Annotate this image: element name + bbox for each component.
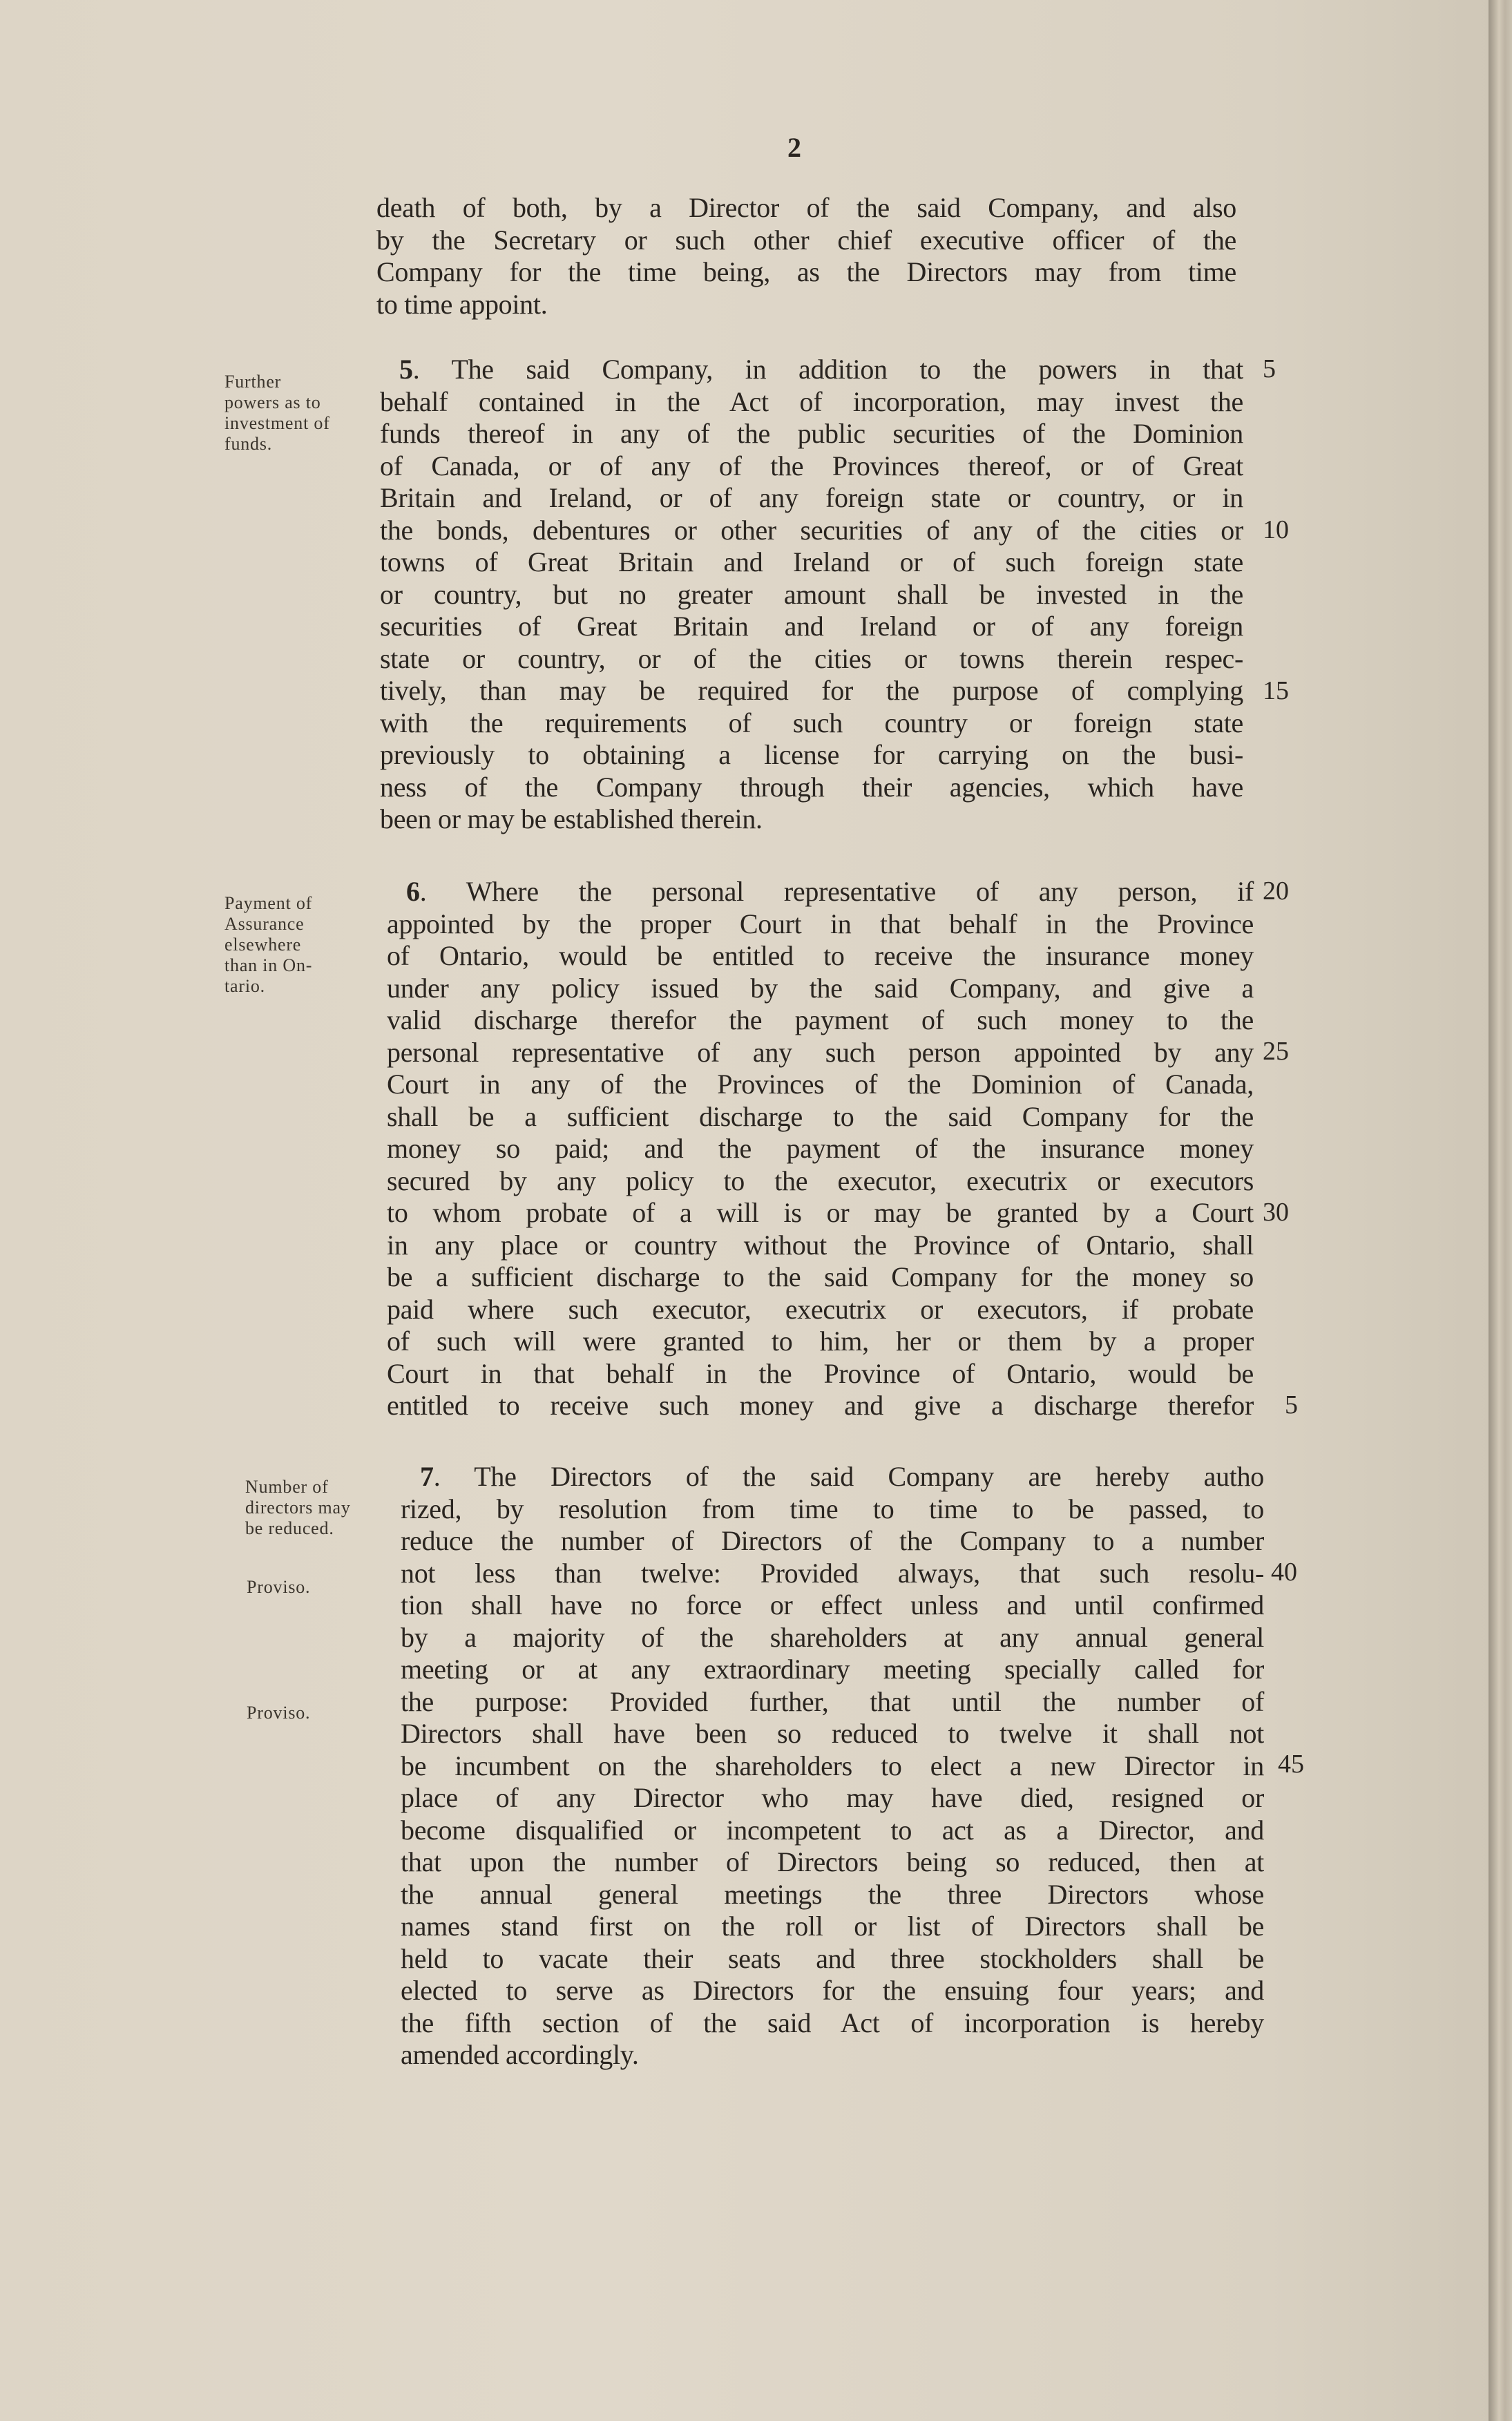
text-line: the annual general meetings the three Di… bbox=[401, 1879, 1264, 1911]
text-line: towns of Great Britain and Ireland or of… bbox=[380, 546, 1243, 579]
text-line: Court in any of the Provinces of the Dom… bbox=[387, 1069, 1254, 1101]
text-line: be incumbent on the shareholders to elec… bbox=[401, 1750, 1264, 1783]
margin-note-line: than in On- bbox=[224, 955, 363, 976]
margin-note-line: be reduced. bbox=[245, 1518, 390, 1539]
text-line: shall be a sufficient discharge to the s… bbox=[387, 1101, 1254, 1133]
margin-note-proviso: Proviso. bbox=[247, 1577, 385, 1598]
text-line: names stand first on the roll or list of… bbox=[401, 1911, 1264, 1943]
page-number: 2 bbox=[787, 131, 801, 164]
line-number: 45 bbox=[1278, 1749, 1304, 1779]
text-line: entitled to receive such money and give … bbox=[387, 1390, 1254, 1422]
continuation-paragraph: death of both, by a Director of the said… bbox=[376, 192, 1236, 320]
text-line: appointed by the proper Court in that be… bbox=[387, 908, 1254, 941]
line-number: 20 bbox=[1263, 876, 1289, 906]
line-number: 5 bbox=[1263, 354, 1276, 384]
text-line: rized, by resolution from time to time t… bbox=[401, 1493, 1264, 1526]
text-line: Directors shall have been so reduced to … bbox=[401, 1718, 1264, 1750]
text-line: place of any Director who may have died,… bbox=[401, 1782, 1264, 1815]
section-number: 6 bbox=[406, 876, 420, 907]
margin-note-line: tario. bbox=[224, 976, 363, 997]
text-line: securities of Great Britain and Ireland … bbox=[380, 611, 1243, 643]
text-line: been or may be established therein. bbox=[380, 803, 1243, 836]
text-line: become disqualified or incompetent to ac… bbox=[401, 1815, 1264, 1847]
margin-note-line: Number of bbox=[245, 1477, 390, 1497]
section-number: 5 bbox=[399, 354, 413, 385]
text-line: not less than twelve: Provided always, t… bbox=[401, 1558, 1264, 1590]
text-line: personal representative of any such pers… bbox=[387, 1037, 1254, 1069]
margin-note-line: directors may bbox=[245, 1497, 390, 1518]
margin-note-line: Payment of bbox=[224, 893, 363, 914]
margin-note-line: powers as to bbox=[224, 392, 363, 413]
text-line: 6. Where the personal representative of … bbox=[387, 876, 1254, 908]
margin-note-line: investment of bbox=[224, 413, 363, 434]
text-line: tively, than may be required for the pur… bbox=[380, 675, 1243, 707]
text-line: funds thereof in any of the public secur… bbox=[380, 418, 1243, 450]
section-number: 7 bbox=[420, 1461, 434, 1492]
line-number: 25 bbox=[1263, 1036, 1289, 1066]
section-5-text: 5. The said Company, in addition to the … bbox=[380, 354, 1243, 836]
page-edge-shadow bbox=[1489, 0, 1512, 2421]
text-line: elected to serve as Directors for the en… bbox=[401, 1975, 1264, 2007]
section-7-text: 7. The Directors of the said Company are… bbox=[401, 1461, 1264, 2071]
text-line: be a sufficient discharge to the said Co… bbox=[387, 1261, 1254, 1294]
margin-note-section-5: Further powers as to investment of funds… bbox=[224, 372, 363, 454]
line-number: 40 bbox=[1271, 1557, 1297, 1587]
text-line: reduce the number of Directors of the Co… bbox=[401, 1525, 1264, 1558]
text-line: with the requirements of such country or… bbox=[380, 707, 1243, 740]
text-line: state or country, or of the cities or to… bbox=[380, 643, 1243, 676]
text-line: the fifth section of the said Act of inc… bbox=[401, 2007, 1264, 2040]
text-line: of Canada, or of any of the Provinces th… bbox=[380, 450, 1243, 483]
text-line: valid discharge therefor the payment of … bbox=[387, 1004, 1254, 1037]
text-line: ness of the Company through their agenci… bbox=[380, 772, 1243, 804]
text-line: of Ontario, would be entitled to receive… bbox=[387, 940, 1254, 973]
text-line: by a majority of the shareholders at any… bbox=[401, 1622, 1264, 1654]
text-line: of such will were granted to him, her or… bbox=[387, 1326, 1254, 1358]
text-line: by the Secretary or such other chief exe… bbox=[376, 224, 1236, 257]
margin-note-line: Assurance bbox=[224, 914, 363, 935]
text-line: money so paid; and the payment of the in… bbox=[387, 1133, 1254, 1165]
line-number: 5 bbox=[1285, 1390, 1298, 1420]
text-line: tion shall have no force or effect unles… bbox=[401, 1589, 1264, 1622]
section-6-text: 6. Where the personal representative of … bbox=[387, 876, 1254, 1422]
text-line: that upon the number of Directors being … bbox=[401, 1846, 1264, 1879]
margin-note-line: elsewhere bbox=[224, 935, 363, 955]
text-line: Court in that behalf in the Province of … bbox=[387, 1358, 1254, 1390]
text-line: meeting or at any extraordinary meeting … bbox=[401, 1654, 1264, 1686]
text-line: Company for the time being, as the Direc… bbox=[376, 256, 1236, 289]
margin-note-proviso: Proviso. bbox=[247, 1703, 385, 1723]
text-line: the purpose: Provided further, that unti… bbox=[401, 1686, 1264, 1719]
margin-note-section-6: Payment of Assurance elsewhere than in O… bbox=[224, 893, 363, 997]
text-line: to time appoint. bbox=[376, 289, 1236, 321]
text-line: previously to obtaining a license for ca… bbox=[380, 739, 1243, 772]
text-line: amended accordingly. bbox=[401, 2039, 1264, 2071]
text-line: paid where such executor, executrix or e… bbox=[387, 1294, 1254, 1326]
text-line: to whom probate of a will is or may be g… bbox=[387, 1197, 1254, 1229]
text-line: or country, but no greater amount shall … bbox=[380, 579, 1243, 611]
text-line: Britain and Ireland, or of any foreign s… bbox=[380, 482, 1243, 515]
text-line: in any place or country without the Prov… bbox=[387, 1229, 1254, 1262]
margin-note-line: funds. bbox=[224, 434, 363, 454]
text-line: the bonds, debentures or other securitie… bbox=[380, 515, 1243, 547]
text-line: secured by any policy to the executor, e… bbox=[387, 1165, 1254, 1198]
text-line: 5. The said Company, in addition to the … bbox=[380, 354, 1243, 386]
text-line: held to vacate their seats and three sto… bbox=[401, 1943, 1264, 1975]
text-line: under any policy issued by the said Comp… bbox=[387, 973, 1254, 1005]
margin-note-section-7: Number of directors may be reduced. bbox=[245, 1477, 390, 1539]
margin-note-line: Further bbox=[224, 372, 363, 392]
line-number: 15 bbox=[1263, 676, 1289, 706]
line-number: 10 bbox=[1263, 515, 1289, 545]
text-line: behalf contained in the Act of incorpora… bbox=[380, 386, 1243, 419]
line-number: 30 bbox=[1263, 1197, 1289, 1227]
text-line: death of both, by a Director of the said… bbox=[376, 192, 1236, 224]
text-line: 7. The Directors of the said Company are… bbox=[401, 1461, 1264, 1493]
